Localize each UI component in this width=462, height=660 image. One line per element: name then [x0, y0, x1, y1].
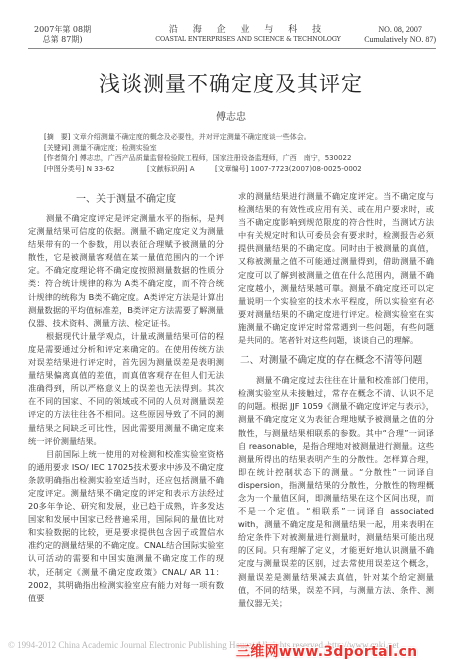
- paragraph-continued: 求的测量结果进行测量不确定度评定。当不确定度与检测结果的有效性或应用有关、或在用…: [238, 190, 434, 347]
- running-header: 2007年第 08期 总第 87期) 沿 海 企 业 与 科 技 COASTAL…: [28, 24, 436, 49]
- doc-code-label: [文献标识码]: [147, 165, 187, 173]
- paragraph: 根据现代计量学观点，计量或测量结果可信的程度是需要通过分析和评定来确定的。在使用…: [28, 330, 224, 448]
- article-author: 傅志忠: [0, 108, 462, 123]
- section-heading-1: 一、关于测量不确定度: [28, 190, 224, 210]
- section-heading-2: 二、对测量不确定度的存在概念不清等问题: [238, 351, 434, 371]
- author-intro-text: 傅志忠，广西产品质量监督检验院工程师，国家注册设备监理师，广西 南宁，53002…: [80, 154, 352, 162]
- journal-name-en: COASTAL ENTERPRISES AND SCIENCE & TECHNO…: [128, 35, 368, 45]
- paragraph: 目前国际上统一使用的对检测和校准实验室资格的通用要求 ISO/ IEC 1702…: [28, 448, 224, 605]
- clc-label: [中图分类号]: [44, 165, 84, 173]
- abstract-label: [摘 要]: [44, 133, 70, 141]
- cumulative-issue: 总第 87期): [34, 35, 91, 45]
- paragraph: 测量不确定度过去往往在计量和校准部门使用，检测实验室从未接触过，常存在概念不清、…: [238, 374, 434, 610]
- keywords-label: [关键词]: [44, 144, 70, 152]
- author-intro-label: [作者简介]: [44, 154, 77, 162]
- issue-number: 2007年第 08期: [34, 25, 91, 35]
- author-intro-row: [作者简介] 傅志忠，广西产品质量监督检验院工程师，国家注册设备监理师，广西 南…: [44, 153, 444, 164]
- abstract-text: 文章介绍测量不确定度的概念及必要性，并对评定测量不确定度谈一些体会。: [73, 133, 311, 141]
- article-title: 浅谈测量不确定度及其评定: [0, 68, 462, 98]
- issue-info: 2007年第 08期 总第 87期): [34, 25, 91, 45]
- journal-name-cn: 沿 海 企 业 与 科 技: [128, 25, 368, 35]
- classification-row: [中图分类号] N 33-62 [文献标识码] A [文章编号] 1007-77…: [44, 164, 444, 175]
- journal-name: 沿 海 企 业 与 科 技 COASTAL ENTERPRISES AND SC…: [128, 25, 368, 45]
- article-no-value: 1007-7723(2007)08-0025-0002: [251, 165, 362, 173]
- doc-code-value: A: [190, 165, 195, 173]
- keywords-text: 测量不确定度；检测实验室: [73, 144, 157, 152]
- clc-value: N 33-62: [87, 165, 115, 173]
- keywords-row: [关键词] 测量不确定度；检测实验室: [44, 143, 444, 154]
- issue-number-en: NO. 08, 2007: [364, 25, 436, 35]
- paragraph: 测量不确定度评定是评定测量水平的指标，是判定测量结果可信度的依据。测量不确定度定…: [28, 212, 224, 330]
- right-column: 求的测量结果进行测量不确定度评定。当不确定度与检测结果的有效性或应用有关、或在用…: [238, 190, 434, 610]
- article-metadata: [摘 要] 文章介绍测量不确定度的概念及必要性，并对评定测量不确定度谈一些体会。…: [44, 132, 444, 174]
- cumulative-issue-en: Cumulatively NO. 87): [364, 35, 436, 45]
- abstract-row: [摘 要] 文章介绍测量不确定度的概念及必要性，并对评定测量不确定度谈一些体会。: [44, 132, 444, 143]
- site-watermark: 三维网www.3dportal.cn: [236, 641, 417, 660]
- left-column: 一、关于测量不确定度 测量不确定度评定是评定测量水平的指标，是判定测量结果可信度…: [28, 190, 224, 605]
- article-no-label: [文章编号]: [215, 165, 248, 173]
- issue-info-en: NO. 08, 2007 Cumulatively NO. 87): [364, 25, 436, 45]
